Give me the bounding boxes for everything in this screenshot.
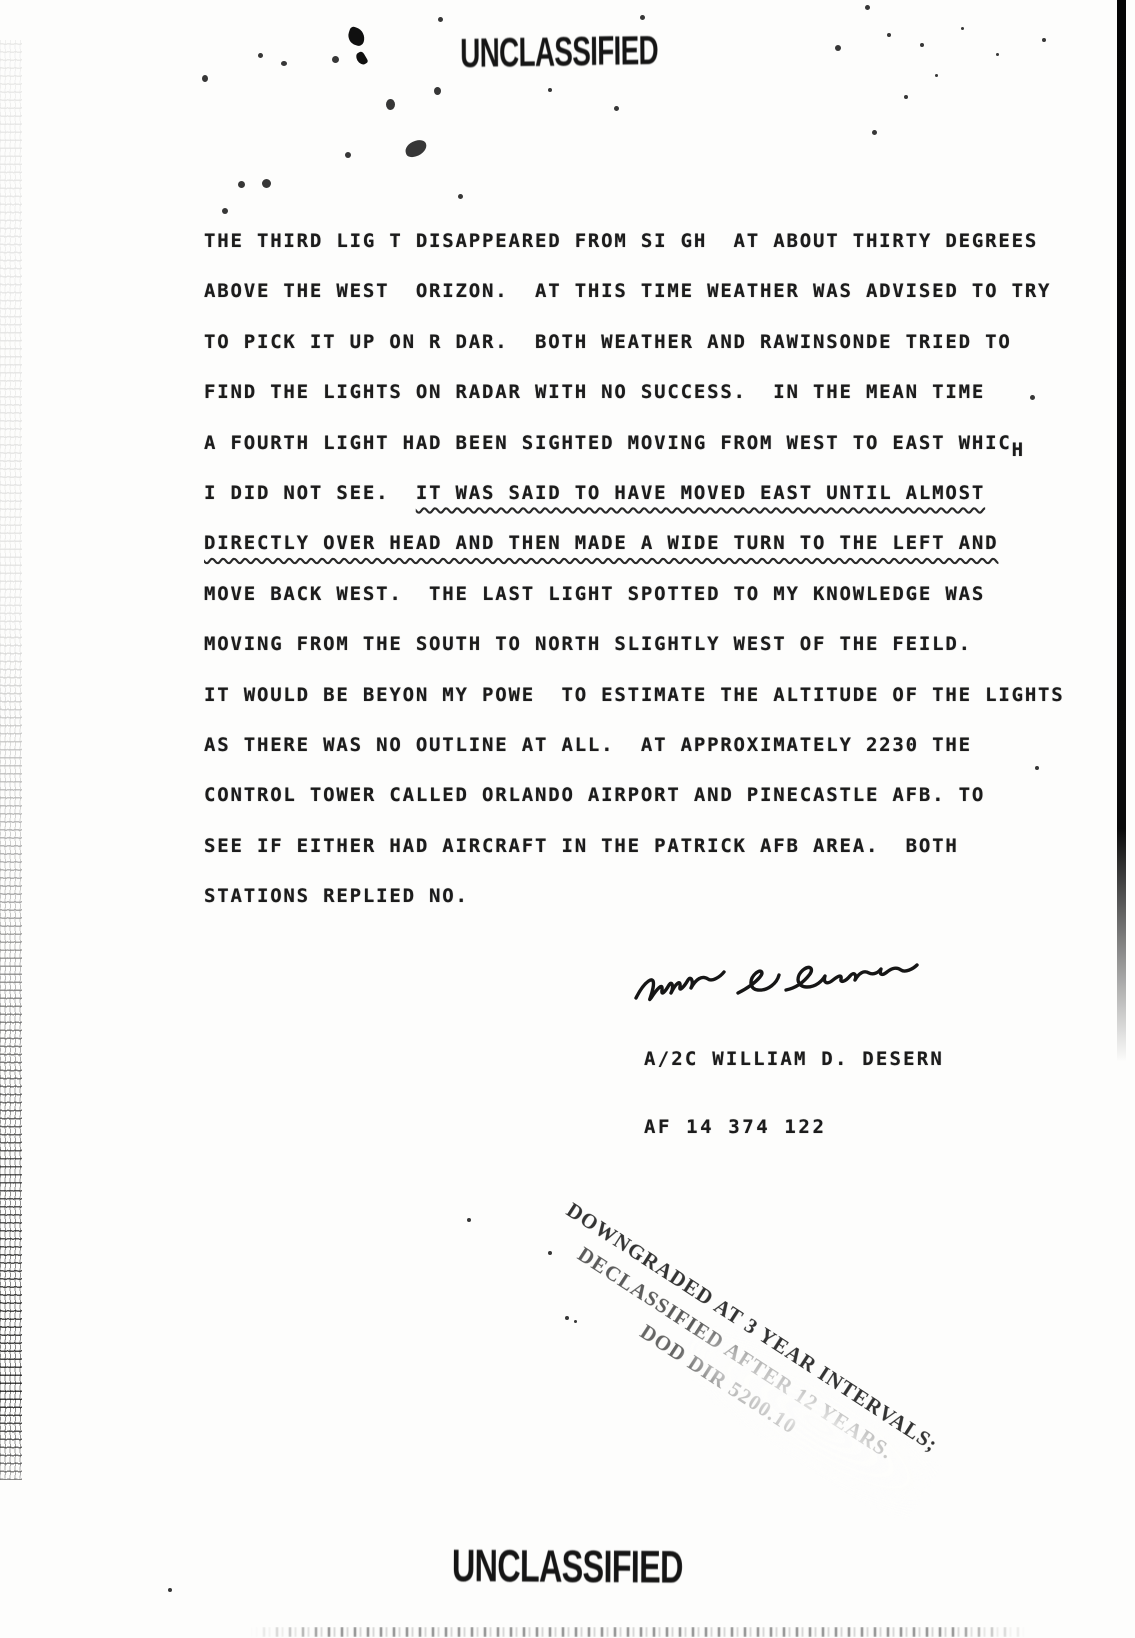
stamp-line: DECLASSIFIED AFTER 12 YEARS. [538, 1218, 932, 1489]
ink-speck [434, 87, 441, 95]
text-segment: STATIONS REPLIED NO. [204, 885, 469, 907]
document-page: UNCLASSIFIED THE THIRD LIG T DISAPPEARED… [0, 0, 1135, 1638]
text-segment: IT WOULD BE BEYON MY POWE TO ESTIMATE TH… [204, 684, 1065, 706]
text-segment: THE THIRD LIG T DISAPPEARED FROM SI GH A… [204, 230, 1038, 252]
footer-classification-stamp: UNCLASSIFIED [452, 1540, 683, 1594]
declassification-stamp-lines: DOWNGRADED AT 3 YEAR INTERVALS;DECLASSIF… [521, 1192, 949, 1515]
text-line: A FOURTH LIGHT HAD BEEN SIGHTED MOVING F… [204, 418, 1104, 468]
ink-speck [865, 5, 870, 10]
ink-mark [354, 51, 368, 67]
ink-speck [458, 194, 463, 199]
text-line: SEE IF EITHER HAD AIRCRAFT IN THE PATRIC… [204, 821, 1104, 871]
text-line: TO PICK IT UP ON R DAR. BOTH WEATHER AND… [204, 317, 1104, 367]
ink-speck [345, 152, 351, 158]
declassification-stamp: DOWNGRADED AT 3 YEAR INTERVALS;DECLASSIF… [521, 1192, 949, 1515]
ink-speck [281, 61, 287, 66]
ink-speck [262, 179, 271, 188]
ink-speck [202, 75, 208, 82]
text-line: IT WOULD BE BEYON MY POWE TO ESTIMATE TH… [204, 670, 1104, 720]
ink-speck [904, 95, 908, 99]
text-segment: TO PICK IT UP ON R DAR. BOTH WEATHER AND… [204, 331, 1012, 353]
text-segment: H [1012, 439, 1025, 461]
text-line: I DID NOT SEE. IT WAS SAID TO HAVE MOVED… [204, 468, 1104, 518]
bottom-edge-scan-noise [250, 1627, 1030, 1637]
ink-speck [565, 1316, 569, 1320]
ink-speck [614, 106, 619, 111]
right-edge-scan-line [1117, 0, 1126, 1062]
text-line: DIRECTLY OVER HEAD AND THEN MADE A WIDE … [204, 518, 1104, 568]
ink-speck [1042, 38, 1046, 42]
ink-speck [574, 1320, 577, 1323]
left-edge-scan-noise [0, 40, 22, 1480]
text-segment: IT WAS SAID TO HAVE MOVED EAST UNTIL ALM… [416, 482, 985, 504]
ink-speck [1035, 766, 1039, 770]
text-segment: MOVING FROM THE SOUTH TO NORTH SLIGHTLY … [204, 633, 972, 655]
ink-speck [438, 17, 443, 22]
ink-speck [935, 74, 938, 77]
text-segment: SEE IF EITHER HAD AIRCRAFT IN THE PATRIC… [204, 835, 959, 857]
ink-speck [887, 33, 891, 37]
text-segment: ABOVE THE WEST ORIZON. AT THIS TIME WEAT… [204, 280, 1051, 302]
text-segment: FIND THE LIGHTS ON RADAR WITH NO SUCCESS… [204, 381, 985, 403]
ink-speck [386, 99, 395, 110]
text-line: CONTROL TOWER CALLED ORLANDO AIRPORT AND… [204, 770, 1104, 820]
ink-speck [640, 15, 645, 20]
ink-speck [332, 56, 339, 63]
text-line: AS THERE WAS NO OUTLINE AT ALL. AT APPRO… [204, 720, 1104, 770]
ink-speck [872, 130, 877, 135]
text-line: MOVING FROM THE SOUTH TO NORTH SLIGHTLY … [204, 619, 1104, 669]
ink-speck [403, 138, 429, 159]
text-segment: MOVE BACK WEST. THE LAST LIGHT SPOTTED T… [204, 583, 985, 605]
ink-speck [467, 1218, 471, 1222]
text-line: STATIONS REPLIED NO. [204, 871, 1104, 921]
ink-speck [996, 53, 999, 56]
ink-speck [835, 45, 841, 51]
typed-name: A/2C WILLIAM D. DESERN [644, 1048, 944, 1070]
service-number: AF 14 374 122 [644, 1116, 827, 1138]
header-classification-stamp: UNCLASSIFIED [460, 27, 658, 77]
ink-speck [238, 181, 245, 188]
ink-speck [168, 1588, 172, 1592]
body-text: THE THIRD LIG T DISAPPEARED FROM SI GH A… [204, 216, 1104, 921]
text-line: FIND THE LIGHTS ON RADAR WITH NO SUCCESS… [204, 367, 1104, 417]
text-line: THE THIRD LIG T DISAPPEARED FROM SI GH A… [204, 216, 1104, 266]
text-line: MOVE BACK WEST. THE LAST LIGHT SPOTTED T… [204, 569, 1104, 619]
ink-speck [961, 27, 964, 30]
text-segment: AS THERE WAS NO OUTLINE AT ALL. AT APPRO… [204, 734, 972, 756]
ink-mark [346, 26, 367, 47]
ink-speck [548, 88, 552, 92]
ink-speck [222, 208, 228, 214]
ink-speck [548, 1251, 552, 1255]
text-segment: I DID NOT SEE. [204, 482, 416, 504]
text-segment: A FOURTH LIGHT HAD BEEN SIGHTED MOVING F… [204, 432, 1012, 454]
text-segment: DIRECTLY OVER HEAD AND THEN MADE A WIDE … [204, 532, 998, 554]
text-segment: CONTROL TOWER CALLED ORLANDO AIRPORT AND… [204, 784, 985, 806]
text-line: ABOVE THE WEST ORIZON. AT THIS TIME WEAT… [204, 266, 1104, 316]
ink-speck [258, 53, 263, 58]
ink-speck [920, 43, 924, 47]
ink-speck [1030, 395, 1035, 400]
signature [628, 946, 940, 1018]
